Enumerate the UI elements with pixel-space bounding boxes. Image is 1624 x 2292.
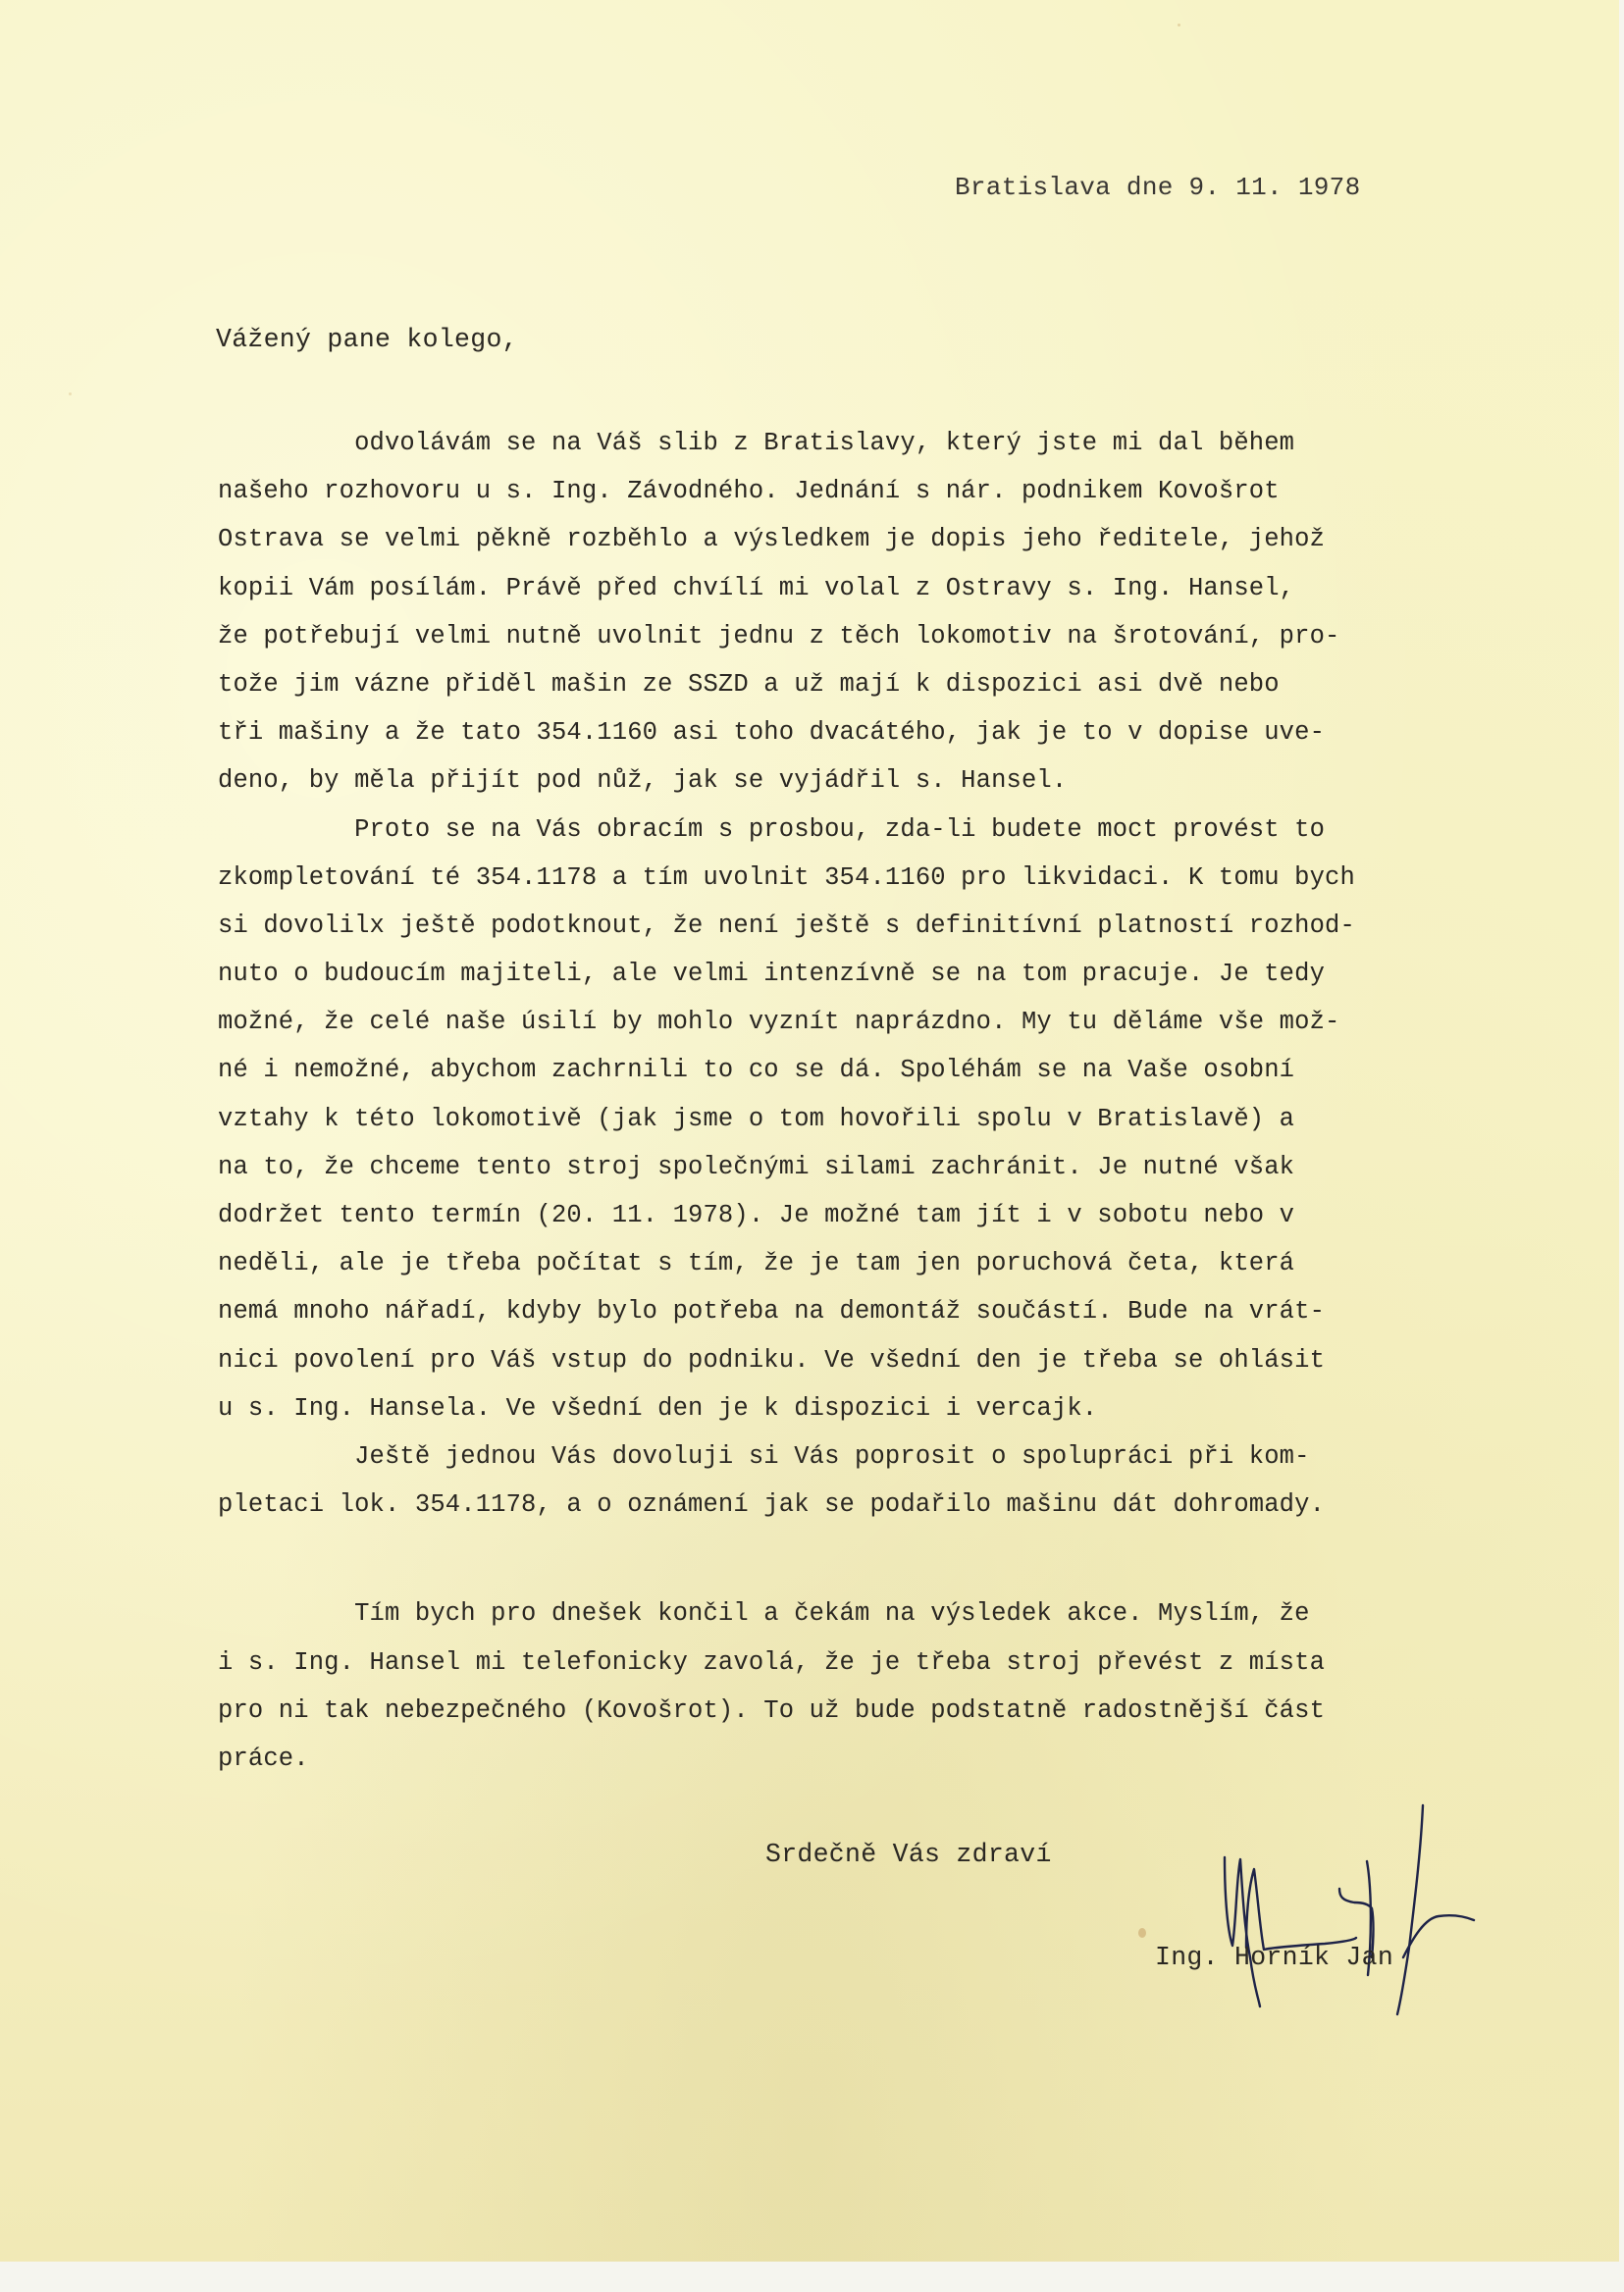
- body-line: si dovolilx ještě podotknout, že není je…: [218, 902, 1523, 950]
- paragraph-4: Tím bych pro dnešek končil a čekám na vý…: [218, 1589, 1523, 1783]
- body-line: tři mašiny a že tato 354.1160 asi toho d…: [218, 708, 1523, 756]
- letter-body: odvolávám se na Váš slib z Bratislavy, k…: [218, 419, 1523, 1783]
- body-line: že potřebují velmi nutně uvolnit jednu z…: [218, 612, 1523, 660]
- body-line: vztahy k této lokomotivě (jak jsme o tom…: [218, 1095, 1523, 1143]
- body-line: odvolávám se na Váš slib z Bratislavy, k…: [218, 419, 1523, 467]
- body-line: dodržet tento termín (20. 11. 1978). Je …: [218, 1191, 1523, 1239]
- body-line: nici povolení pro Váš vstup do podniku. …: [218, 1336, 1523, 1384]
- body-line: nemá mnoho nářadí, kdyby bylo potřeba na…: [218, 1287, 1523, 1335]
- body-line: i s. Ing. Hansel mi telefonicky zavolá, …: [218, 1639, 1523, 1687]
- paper-speck: [1138, 1928, 1146, 1938]
- handwritten-signature-icon: [1207, 1800, 1482, 2016]
- body-line: zkompletování té 354.1178 a tím uvolnit …: [218, 854, 1523, 902]
- body-line: Ještě jednou Vás dovoluji si Vás poprosi…: [218, 1432, 1523, 1481]
- body-line: Tím bych pro dnešek končil a čekám na vý…: [218, 1589, 1523, 1638]
- place-date: Bratislava dne 9. 11. 1978: [955, 173, 1360, 202]
- body-line: tože jim vázne přiděl mašin ze SSZD a už…: [218, 660, 1523, 708]
- paper-speck: [1178, 24, 1180, 26]
- body-line: na to, že chceme tento stroj společnými …: [218, 1143, 1523, 1191]
- body-line: pletaci lok. 354.1178, a o oznámení jak …: [218, 1481, 1523, 1529]
- body-line: nuto o budoucím majiteli, ale velmi inte…: [218, 950, 1523, 998]
- letter-paper: Bratislava dne 9. 11. 1978 Vážený pane k…: [0, 0, 1619, 2262]
- body-line: né i nemožné, abychom zachrnili to co se…: [218, 1046, 1523, 1094]
- paragraph-3: Ještě jednou Vás dovoluji si Vás poprosi…: [218, 1432, 1523, 1529]
- body-line: našeho rozhovoru u s. Ing. Závodného. Je…: [218, 467, 1523, 515]
- paragraph-2: Proto se na Vás obracím s prosbou, zda-l…: [218, 806, 1523, 1432]
- salutation: Vážený pane kolego,: [216, 325, 518, 354]
- body-line: pro ni tak nebezpečného (Kovošrot). To u…: [218, 1687, 1523, 1735]
- body-line: u s. Ing. Hansela. Ve všední den je k di…: [218, 1384, 1523, 1432]
- paper-speck: [69, 392, 72, 395]
- paragraph-1: odvolávám se na Váš slib z Bratislavy, k…: [218, 419, 1523, 806]
- body-line: Proto se na Vás obracím s prosbou, zda-l…: [218, 806, 1523, 854]
- body-line: deno, by měla přijít pod nůž, jak se vyj…: [218, 756, 1523, 805]
- body-line: práce.: [218, 1735, 1523, 1783]
- body-line: Ostrava se velmi pěkně rozběhlo a výsled…: [218, 515, 1523, 563]
- paragraph-gap: [218, 1529, 1523, 1589]
- body-line: možné, že celé naše úsilí by mohlo vyzní…: [218, 998, 1523, 1046]
- scan-bottom-margin: [0, 2262, 1624, 2292]
- body-line: neděli, ale je třeba počítat s tím, že j…: [218, 1239, 1523, 1287]
- typed-signature-name: Ing. Horník Jan: [1155, 1943, 1393, 1972]
- closing-line: Srdečně Vás zdraví: [765, 1840, 1052, 1869]
- body-line: kopii Vám posílám. Právě před chvílí mi …: [218, 564, 1523, 612]
